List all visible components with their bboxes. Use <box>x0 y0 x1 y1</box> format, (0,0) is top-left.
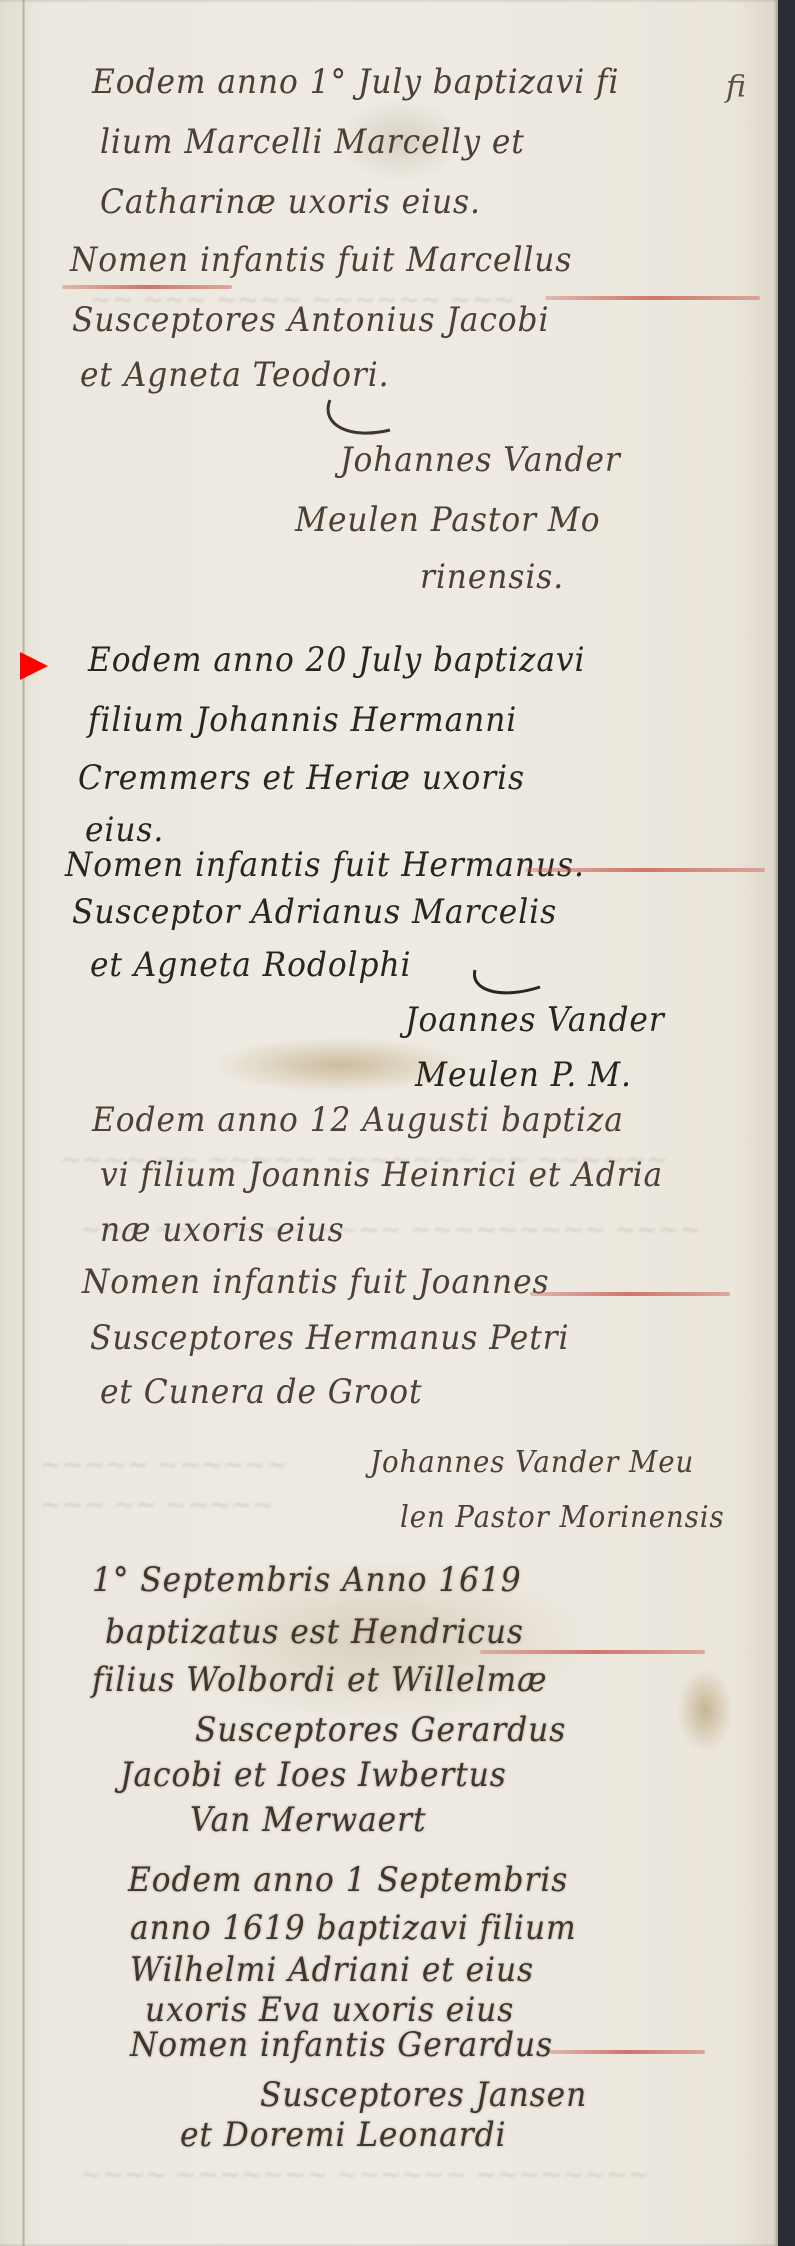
bleed-through-text: ~~~ ~~ ~~~~~ <box>40 1490 274 1520</box>
entry-line: filium Johannis Hermanni <box>88 700 517 740</box>
red-triangle-pointer-icon <box>20 652 48 680</box>
entry-line: Susceptores Antonius Jacobi <box>72 300 549 340</box>
signature-flourish <box>470 965 550 1005</box>
entry-line: lium Marcelli Marcelly et <box>100 122 525 162</box>
bleed-through-text: ~~~~ ~~~~~~~ ~~~~~~ ~~~~~~~~ <box>80 2160 649 2190</box>
entry-line: Susceptores Jansen <box>260 2075 587 2115</box>
entry-line: et Agneta Rodolphi <box>90 945 411 985</box>
margin-mark: fi <box>726 70 746 105</box>
red-underline <box>525 868 765 872</box>
entry-line: Susceptor Adrianus Marcelis <box>72 892 557 932</box>
signature-line: rinensis. <box>420 557 564 597</box>
entry-line: 1° Septembris Anno 1619 <box>92 1560 522 1600</box>
manuscript-page: ~~ ~~~ ~~~~ ~~~~~~ ~~~ ~~~~ ~~ ~~~~~ ~~~… <box>0 0 778 2246</box>
entry-line: Nomen infantis Gerardus <box>130 2025 553 2065</box>
entry-line: Nomen infantis fuit Hermanus. <box>65 845 585 885</box>
entry-line: Nomen infantis fuit Marcellus <box>70 240 572 280</box>
signature-line: Joannes Vander <box>405 1000 665 1040</box>
signature-flourish <box>320 395 410 445</box>
entry-line: Susceptores Gerardus <box>195 1710 566 1750</box>
entry-line: Nomen infantis fuit Joannes <box>82 1262 550 1302</box>
entry-line: Cremmers et Heriæ uxoris <box>78 758 525 798</box>
entry-line: et Agneta Teodori. <box>80 355 390 395</box>
entry-line: Van Merwaert <box>190 1800 426 1840</box>
signature-line: Johannes Vander <box>340 440 621 480</box>
entry-line: vi filium Joannis Heinrici et Adria <box>100 1155 663 1195</box>
red-underline <box>62 285 232 289</box>
red-underline <box>550 2050 705 2054</box>
entry-line: filius Wolbordi et Willelmæ <box>92 1660 547 1700</box>
entry-line: Wilhelmi Adriani et eius <box>130 1950 534 1990</box>
entry-line: Eodem anno 1° July baptizavi fi <box>92 62 619 102</box>
entry-line: næ uxoris eius <box>100 1210 345 1250</box>
entry-line: baptizatus est Hendricus <box>105 1612 524 1652</box>
binding-edge <box>22 0 25 2246</box>
entry-line: anno 1619 baptizavi filium <box>130 1908 577 1948</box>
red-underline <box>545 296 760 300</box>
bleed-through-text: ~~~~~ ~~~~~~ <box>40 1450 288 1480</box>
entry-line: et Doremi Leonardi <box>180 2115 506 2155</box>
entry-line: Eodem anno 1 Septembris <box>128 1860 568 1900</box>
entry-line: Eodem anno 12 Augusti baptiza <box>92 1100 624 1140</box>
signature-line: Meulen Pastor Mo <box>295 500 601 540</box>
entry-line: Susceptores Hermanus Petri <box>90 1318 569 1358</box>
entry-line: uxoris Eva uxoris eius <box>145 1990 514 2030</box>
entry-line: Jacobi et Ioes Iwbertus <box>120 1755 507 1795</box>
signature-line: Meulen P. M. <box>415 1055 632 1095</box>
entry-line: et Cunera de Groot <box>100 1372 423 1412</box>
entry-line: Eodem anno 20 July baptizavi <box>88 640 585 680</box>
red-underline <box>480 1650 705 1654</box>
entry-line: Catharinæ uxoris eius. <box>100 182 481 222</box>
entry-line: eius. <box>85 810 164 850</box>
red-underline <box>530 1292 730 1296</box>
signature-line: len Pastor Morinensis <box>400 1500 725 1535</box>
signature-line: Johannes Vander Meu <box>370 1445 694 1480</box>
